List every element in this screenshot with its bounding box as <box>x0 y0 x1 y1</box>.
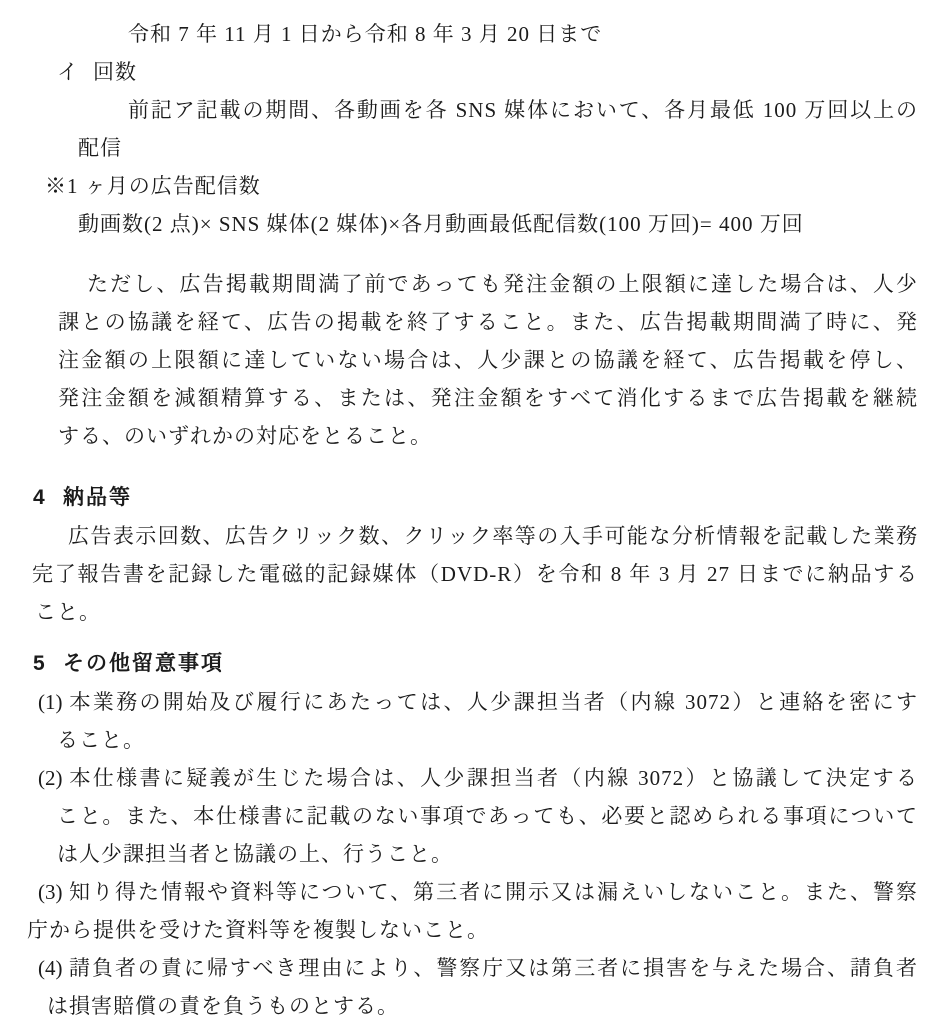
section-5: 5その他留意事項 (1)本業務の開始及び履行にあたっては、人少課担当者（内線 3… <box>0 645 918 1024</box>
section-5-item-2-line-1: (2)本仕様書に疑義が生じた場合は、人少課担当者（内線 3072）と協議して決定… <box>38 759 918 797</box>
proviso-line-1: ただし、広告掲載期間満了前であっても発注金額の上限額に達した場合は、人少 <box>58 265 918 303</box>
section-4: 4納品等 広告表示回数、広告クリック数、クリック率等の入手可能な分析情報を記載し… <box>0 479 918 631</box>
section-5-item-1-line-2: ること。 <box>57 721 918 759</box>
note-marker: ※ <box>45 174 67 198</box>
section-5-item-4-line-2: は損害賠償の責を負うものとする。 <box>47 987 918 1024</box>
section-5-heading: 5その他留意事項 <box>33 645 918 683</box>
item-i-body-line-2: 配信 <box>78 129 918 167</box>
section-5-item-4-text: 請負者の責に帰すべき理由により、警察庁又は第三者に損害を与えた場合、請負者 <box>68 956 918 980</box>
item-i-body-line-1: 前記ア記載の期間、各動画を各 SNS 媒体において、各月最低 100 万回以上の <box>128 91 918 129</box>
proviso-line-2: 課との協議を経て、広告の掲載を終了すること。また、広告掲載期間満了時に、発 <box>58 303 918 341</box>
section-5-item-3-marker: (3) <box>38 873 68 911</box>
section-4-body-line-2: 完了報告書を記録した電磁的記録媒体（DVD-R）を令和 8 年 3 月 27 日… <box>32 555 918 593</box>
section-5-item-1-marker: (1) <box>38 683 68 721</box>
item-i-marker: イ <box>57 53 93 91</box>
period-line: 令和 7 年 11 月 1 日から令和 8 年 3 月 20 日まで <box>128 15 918 53</box>
section-4-number: 4 <box>33 479 63 517</box>
proviso-line-4: 発注金額を減額精算する、または、発注金額をすべて消化するまで広告掲載を継続 <box>58 379 918 417</box>
proviso-line-3: 注金額の上限額に達していない場合は、人少課との協議を経て、広告掲載を停し、 <box>58 341 918 379</box>
section-5-item-2-text: 本仕様書に疑義が生じた場合は、人少課担当者（内線 3072）と協議して決定する <box>68 766 918 790</box>
section-5-item-1-text: 本業務の開始及び履行にあたっては、人少課担当者（内線 3072）と連絡を密にす <box>68 690 918 714</box>
section-5-item-1-line-1: (1)本業務の開始及び履行にあたっては、人少課担当者（内線 3072）と連絡を密… <box>38 683 918 721</box>
section-5-item-2-line-2: こと。また、本仕様書に記載のない事項であっても、必要と認められる事項について <box>57 797 918 835</box>
section-5-item-2-line-3: は人少課担当者と協議の上、行うこと。 <box>57 835 918 873</box>
section-4-heading: 4納品等 <box>33 479 918 517</box>
section-4-title: 納品等 <box>63 486 132 509</box>
section-5-item-3-text: 知り得た情報や資料等について、第三者に開示又は漏えいしないこと。また、警察 <box>68 880 918 904</box>
section-5-item-4-line-1: (4)請負者の責に帰すべき理由により、警察庁又は第三者に損害を与えた場合、請負者 <box>38 949 918 987</box>
section-4-body-line-1: 広告表示回数、広告クリック数、クリック率等の入手可能な分析情報を記載した業務 <box>68 517 918 555</box>
section-4-body-line-3: こと。 <box>35 593 918 631</box>
section-5-title: その他留意事項 <box>63 652 224 675</box>
document-page: 令和 7 年 11 月 1 日から令和 8 年 3 月 20 日まで イ回数 前… <box>0 0 951 1024</box>
section-5-item-3-line-2: 庁から提供を受けた資料等を複製しないこと。 <box>27 911 918 949</box>
section-5-item-3-line-1: (3)知り得た情報や資料等について、第三者に開示又は漏えいしないこと。また、警察 <box>38 873 918 911</box>
proviso-line-5: する、のいずれかの対応をとること。 <box>58 417 918 455</box>
section-5-item-4-marker: (4) <box>38 949 68 987</box>
section-5-item-2-marker: (2) <box>38 759 68 797</box>
note-formula-line: 動画数(2 点)× SNS 媒体(2 媒体)×各月動画最低配信数(100 万回)… <box>78 205 918 243</box>
note-line: ※1 ヶ月の広告配信数 <box>45 167 918 205</box>
note-title: 1 ヶ月の広告配信数 <box>67 174 261 198</box>
item-i-line: イ回数 <box>57 53 918 91</box>
delivery-terms-block: 令和 7 年 11 月 1 日から令和 8 年 3 月 20 日まで イ回数 前… <box>0 15 918 243</box>
section-5-number: 5 <box>33 645 63 683</box>
item-i-title: 回数 <box>93 60 137 84</box>
proviso-paragraph: ただし、広告掲載期間満了前であっても発注金額の上限額に達した場合は、人少 課との… <box>0 265 918 455</box>
